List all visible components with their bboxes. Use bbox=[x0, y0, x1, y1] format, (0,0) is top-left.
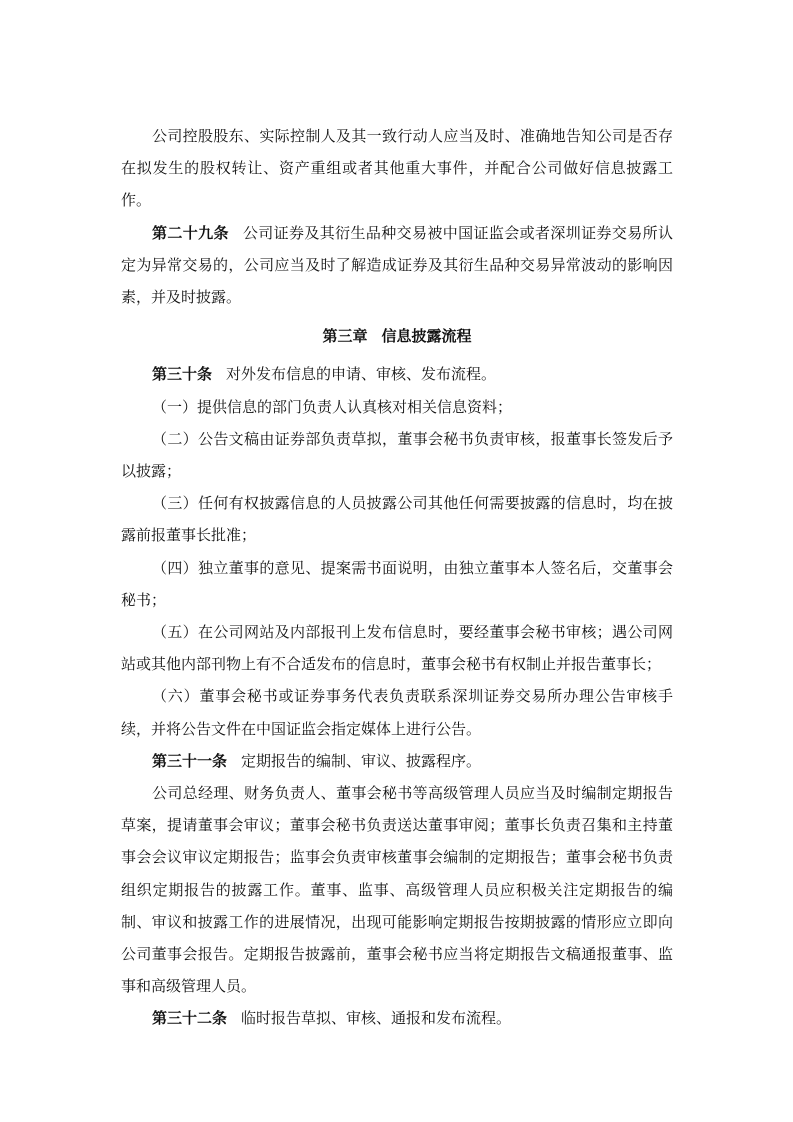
article-29: 第二十九条公司证券及其衍生品种交易被中国证监会或者深圳证券交易所认定为异常交易的… bbox=[121, 217, 673, 314]
paragraph-controlling-shareholder: 公司控股股东、实际控制人及其一致行动人应当及时、准确地告知公司是否存在拟发生的股… bbox=[121, 120, 673, 217]
article-text: 对外发布信息的申请、审核、发布流程。 bbox=[226, 365, 496, 383]
chapter-number: 第三章 bbox=[322, 327, 367, 345]
article-30: 第三十条对外发布信息的申请、审核、发布流程。 bbox=[121, 358, 673, 390]
list-item-3: （三）任何有权披露信息的人员披露公司其他任何需要披露的信息时，均在披露前报董事长… bbox=[121, 487, 673, 551]
paragraph-periodic-report: 公司总经理、财务负责人、董事会秘书等高级管理人员应当及时编制定期报告草案，提请董… bbox=[121, 777, 673, 1002]
article-text: 临时报告草拟、审核、通报和发布流程。 bbox=[241, 1009, 511, 1027]
article-label: 第三十一条 bbox=[152, 752, 227, 770]
article-text: 定期报告的编制、审议、披露程序。 bbox=[241, 752, 481, 770]
article-31: 第三十一条定期报告的编制、审议、披露程序。 bbox=[121, 745, 673, 777]
article-32: 第三十二条临时报告草拟、审核、通报和发布流程。 bbox=[121, 1002, 673, 1034]
list-item-1: （一）提供信息的部门负责人认真核对相关信息资料； bbox=[121, 391, 673, 423]
chapter-title: 信息披露流程 bbox=[382, 327, 472, 345]
list-item-6: （六）董事会秘书或证券事务代表负责联系深圳证券交易所办理公告审核手续，并将公告文… bbox=[121, 680, 673, 744]
article-label: 第三十条 bbox=[152, 365, 212, 383]
list-item-5: （五）在公司网站及内部报刊上发布信息时，要经董事会秘书审核；遇公司网站或其他内部… bbox=[121, 616, 673, 680]
article-label: 第二十九条 bbox=[152, 224, 229, 242]
document-page: 公司控股股东、实际控制人及其一致行动人应当及时、准确地告知公司是否存在拟发生的股… bbox=[121, 120, 673, 1035]
article-label: 第三十二条 bbox=[152, 1009, 227, 1027]
chapter-heading: 第三章信息披露流程 bbox=[121, 313, 673, 358]
list-item-2: （二）公告文稿由证券部负责草拟，董事会秘书负责审核，报董事长签发后予以披露； bbox=[121, 423, 673, 487]
list-item-4: （四）独立董事的意见、提案需书面说明，由独立董事本人签名后，交董事会秘书； bbox=[121, 552, 673, 616]
